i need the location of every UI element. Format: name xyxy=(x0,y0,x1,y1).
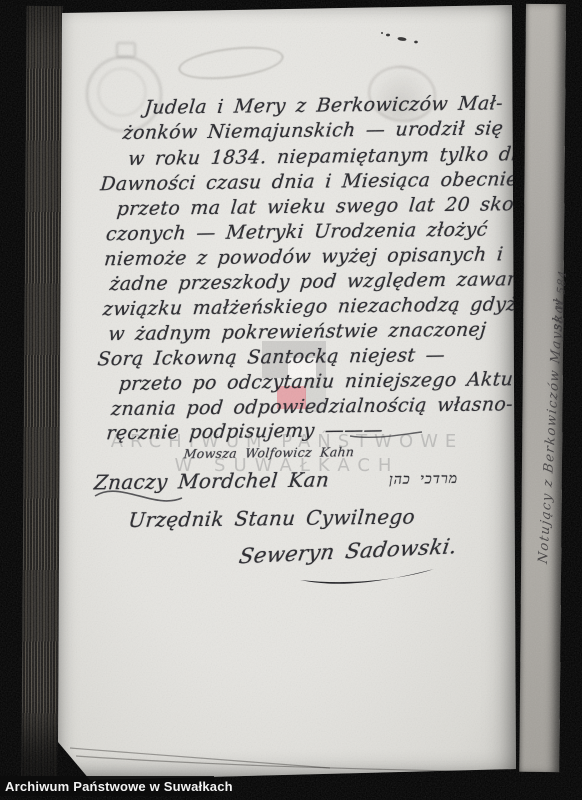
book-fore-edge xyxy=(21,6,62,776)
caption-bar: Archiwum Państwowe w Suwałkach xyxy=(0,776,214,796)
handwriting-line: Judela i Mery z Berkowiczów Mał- xyxy=(143,92,503,118)
handwriting-block: Judela i Mery z Berkowiczów Mał- żonków … xyxy=(53,1,520,783)
handwriting-line: związku małżeńskiego niezachodzą gdyż xyxy=(102,293,518,320)
official-signature: Seweryn Sadowski. xyxy=(237,534,459,568)
handwriting-line: przeto ma lat wieku swego lat 20 skoń- xyxy=(116,193,534,220)
handwriting-line: Dawności czasu dnia i Miesiąca obecnie xyxy=(99,168,518,195)
archive-caption-label: Archiwum Państwowe w Suwałkach xyxy=(0,779,233,794)
handwriting-line: w roku 1834. niepamiętanym tylko dla xyxy=(127,143,530,170)
archive-scan-viewer: ARCHIWUM PAŃSTWOWE W SUWAŁKACH Judela i … xyxy=(0,0,582,800)
handwriting-line: czonych — Metryki Urodzenia złożyć xyxy=(105,219,489,246)
handwriting-line: niemoże z powodów wyżej opisanych i xyxy=(103,243,504,270)
handwriting-line: żadne przeszkody pod względem zawarcia xyxy=(109,268,547,295)
hebrew-signature: מרדכי כהן xyxy=(389,471,458,489)
handwriting-line: Sorą Ickowną Santocką niejest — xyxy=(97,344,446,370)
handwriting-line: żonków Niemajunskich — urodził się xyxy=(122,117,504,144)
handwriting-line: w żadnym pokrewieństwie znaczonej xyxy=(107,319,487,346)
official-title-line: Urzędnik Stanu Cywilnego xyxy=(127,504,416,532)
handwriting-line: znania pod odpowiedzialnością własno- xyxy=(110,393,514,420)
handwriting-line: ręcznie podpisujemy ——— xyxy=(105,419,383,444)
witness-line: Znaczy Mordchel Kan xyxy=(93,467,330,494)
witness-note-signature: Mowsza Wolfowicz Kahn xyxy=(183,444,355,461)
handwriting-line: przeto po odczytaniu niniejszego Aktu xyxy=(118,368,514,395)
marginalia-reference-number: 38 W 584 xyxy=(552,269,569,333)
manuscript-page: ARCHIWUM PAŃSTWOWE W SUWAŁKACH Judela i … xyxy=(58,4,516,780)
